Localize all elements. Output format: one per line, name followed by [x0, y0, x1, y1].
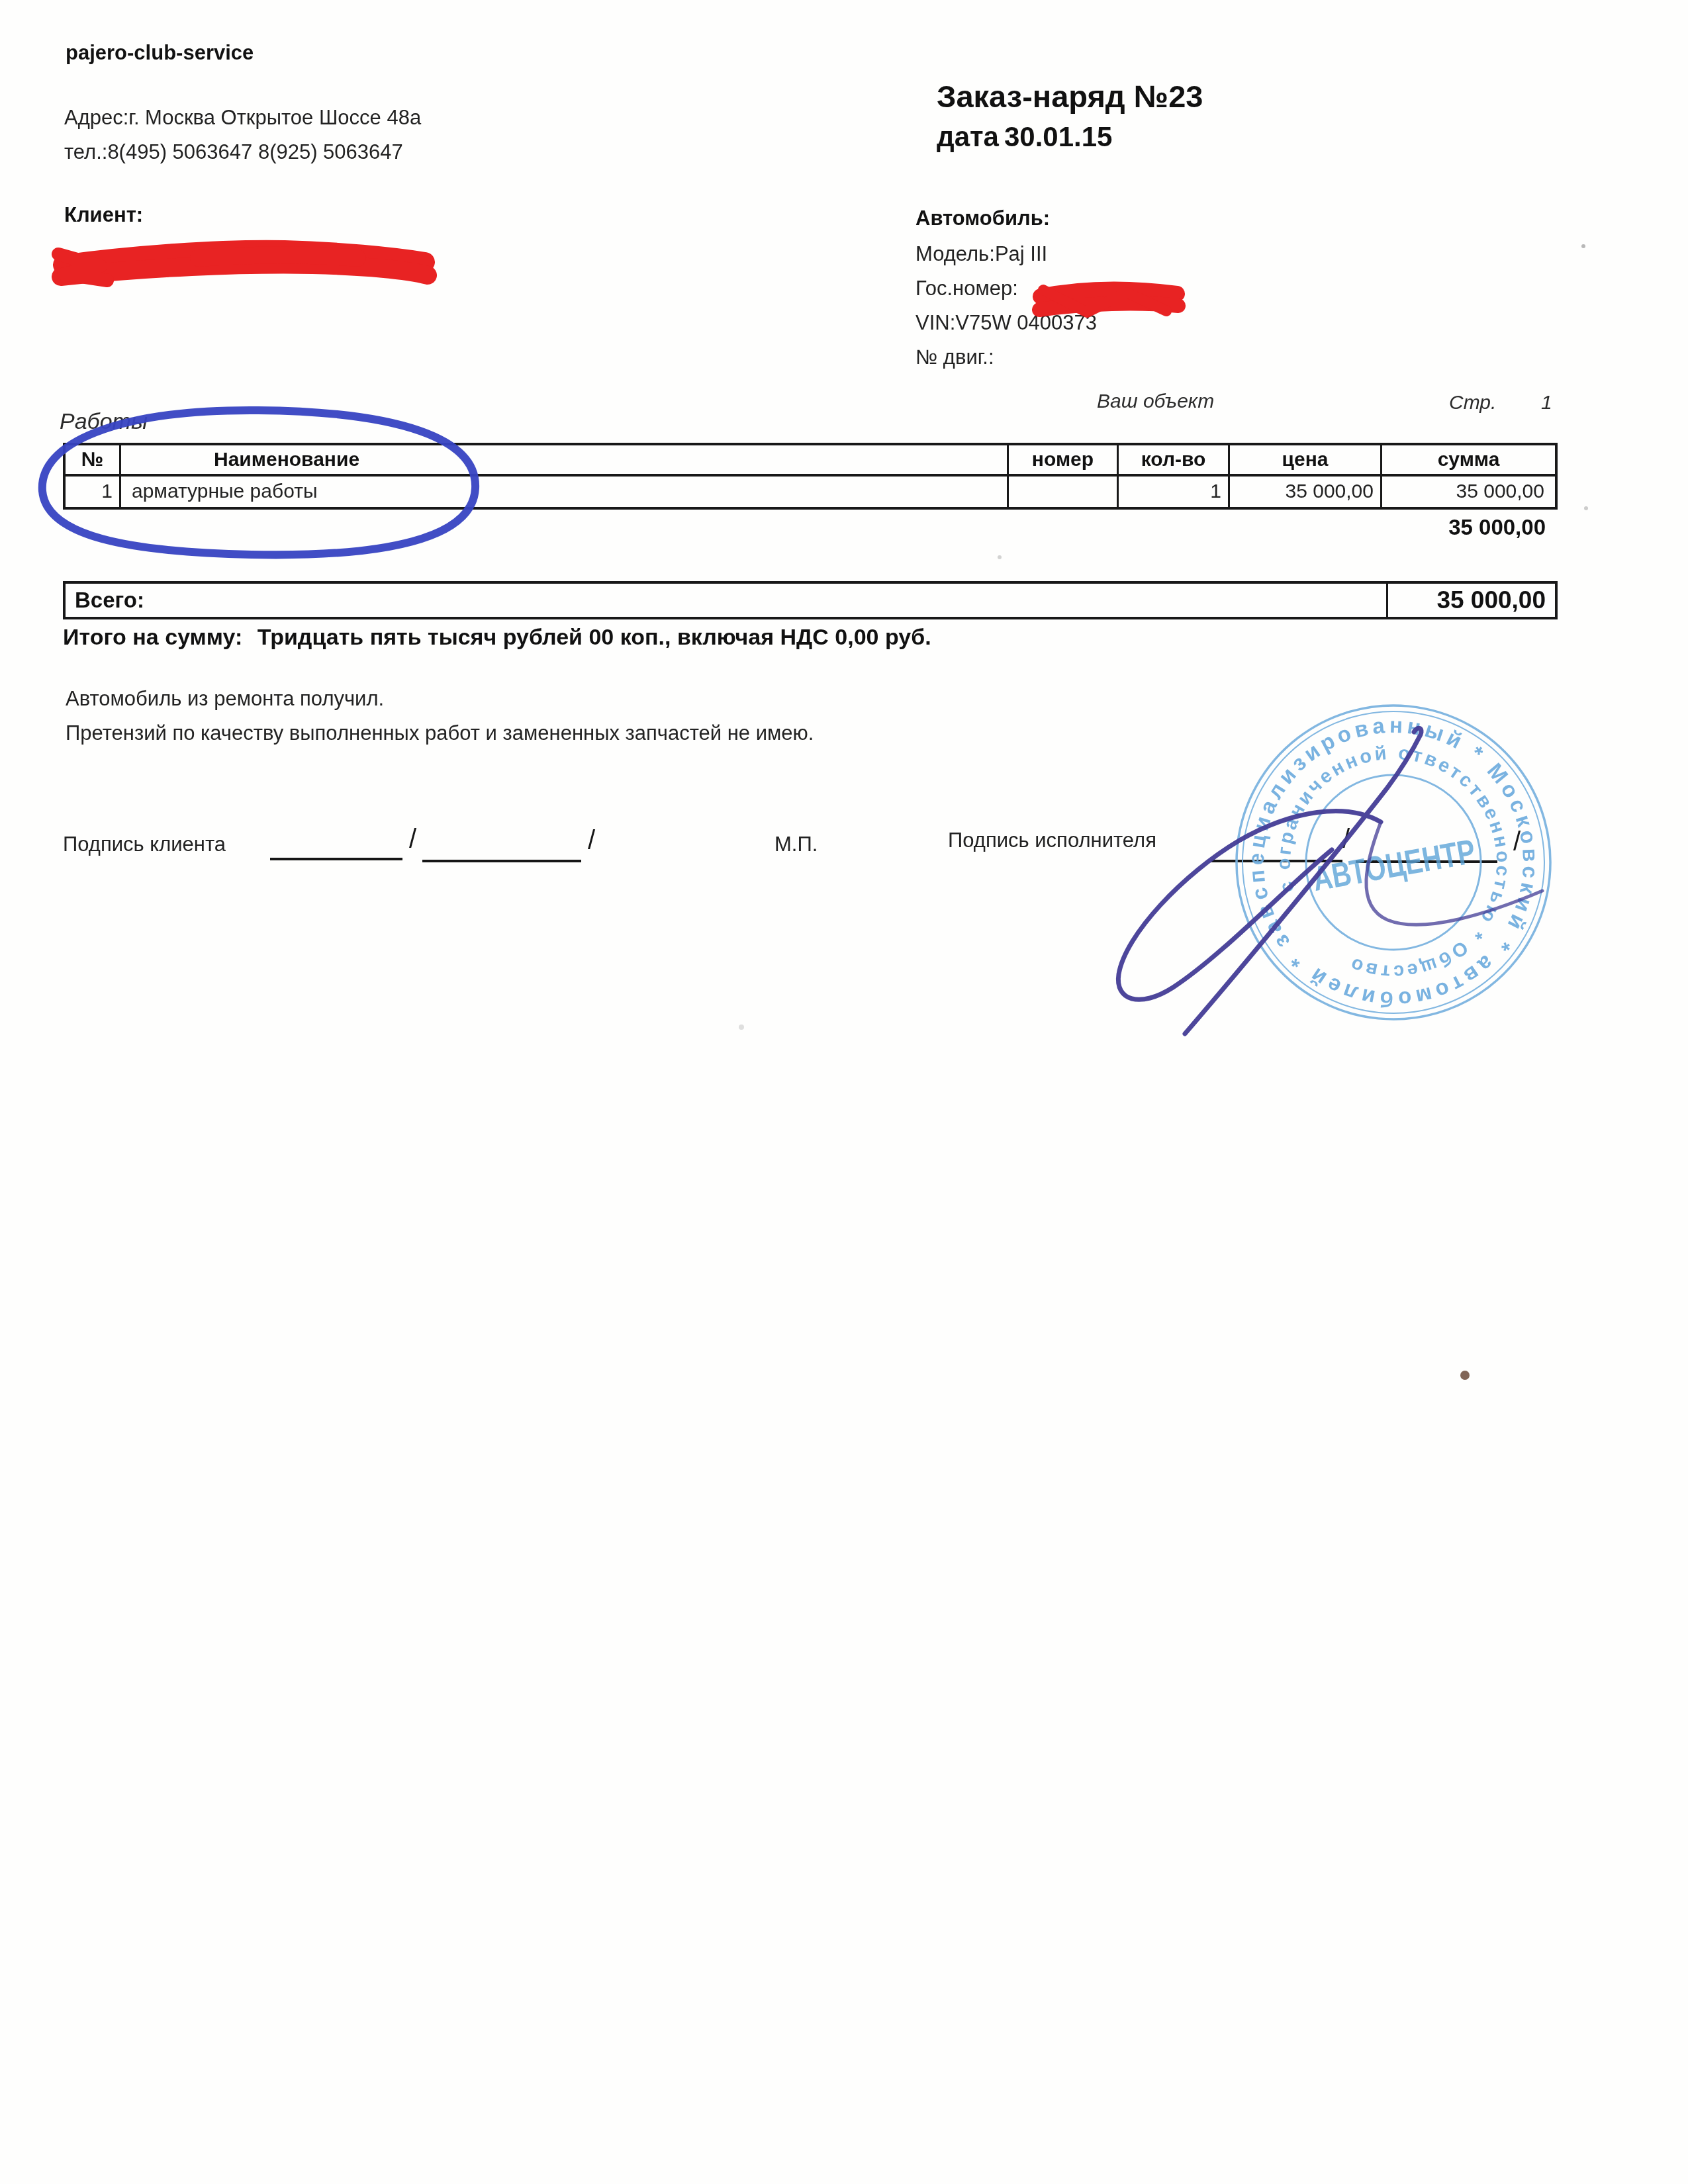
scan-specks	[739, 244, 1588, 1380]
client-name-redaction	[58, 250, 428, 281]
ink-overlay	[0, 0, 1688, 2184]
executor-signature	[1118, 728, 1542, 1034]
pen-circle-annotation	[42, 410, 475, 555]
plate-number-redaction	[1039, 290, 1178, 312]
